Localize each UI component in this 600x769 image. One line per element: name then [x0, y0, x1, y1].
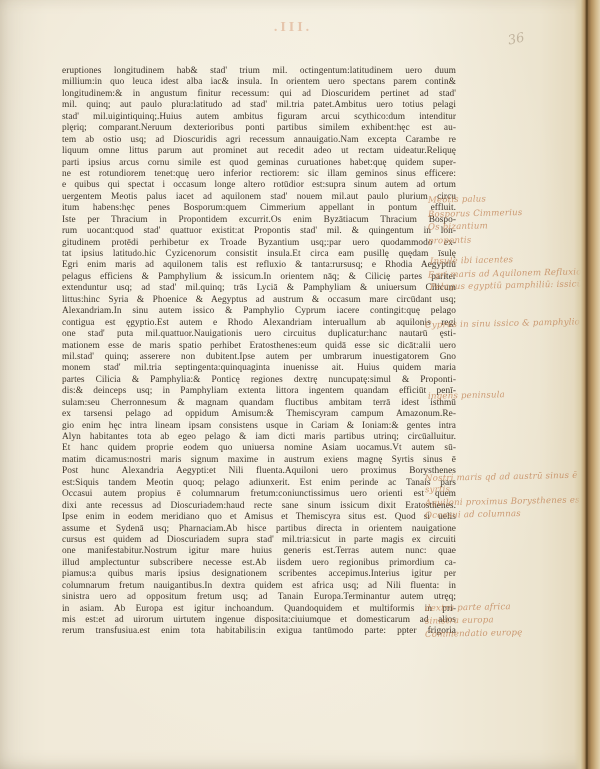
text-line: in asiam. Ab Europa est igitur inchoandu… — [62, 604, 456, 615]
text-line: Iste per Thracium in Propontidem excurri… — [62, 215, 456, 226]
text-line: longitudinem:& in angustum finitur reces… — [62, 89, 456, 100]
text-line: contigua est ęgyptio.Est autem e Rhodo A… — [62, 318, 456, 329]
text-line: Alyn habitantes tota ab egeo pelago & ia… — [62, 432, 456, 443]
text-line: rerum transfusiua.est enim tota habitabi… — [62, 626, 456, 637]
text-line: tem ab ostio usq; ad Dioscuridis agri re… — [62, 135, 456, 146]
text-line: mis est:et ad uirorum uirtutem ingenue d… — [62, 615, 456, 626]
text-line: mationem esse de maris spatio perhibet E… — [62, 341, 456, 352]
text-line: tat ipsius latitudo.hic Cyzicenorum cons… — [62, 249, 456, 260]
text-line: eruptiones longitudinem hab& stad' trium… — [62, 66, 456, 77]
text-line: one manifestabitur.Nostrum igitur mare h… — [62, 546, 456, 557]
text-line: columnarum fretum nauigantibus.In dextra… — [62, 581, 456, 592]
text-line: partes Cilicia & Pamphylia:& Ponticę reg… — [62, 375, 456, 386]
text-line: matim dicamus:nostri maris signum maxime… — [62, 455, 456, 466]
folio-number-stamp: .III. — [0, 20, 586, 36]
text-line: sinistra uero ad oppositum fretum usq; a… — [62, 592, 456, 603]
text-line: ex tarsensi pelago ad oppidum Amisum:& T… — [62, 409, 456, 420]
text-line: gio enim hęc intra lineam ipsam consiste… — [62, 421, 456, 432]
text-block: eruptiones longitudinem hab& stad' trium… — [62, 66, 456, 638]
text-line: dixi ante recessus ad Dioscuriadem:haud … — [62, 501, 456, 512]
text-line: Occasui autem propius ē columnarum fretu… — [62, 489, 456, 500]
text-line: Post hunc Alexandria Aegypti:et Nili flu… — [62, 466, 456, 477]
text-line: Et hanc quidem proprie eodem quo uniuers… — [62, 443, 456, 454]
text-line: parti ipsius arcus cornu simile est quod… — [62, 158, 456, 169]
text-line: mil.stad' quinq; asserere non dubitent.I… — [62, 352, 456, 363]
text-line: extenduntur usq; ad stad' mil.quinq; trā… — [62, 283, 456, 294]
text-line: mil. quinq; aut paulo plura:latitudo ad … — [62, 100, 456, 111]
text-line: dis:& deinceps usq; in Pamphyliam extent… — [62, 386, 456, 397]
text-line: cursus est quidem ad Dioscuriadem supra … — [62, 535, 456, 546]
text-line: Egri enim maris ad aquilonem talis est r… — [62, 260, 456, 271]
text-line: Alexandriam.In sinu autem issico & Pamph… — [62, 306, 456, 317]
text-line: liquum omne littus parum aut prominet au… — [62, 146, 456, 157]
text-line: assume et Sydenā usq; Pharnaciam.Ab hisc… — [62, 524, 456, 535]
text-line: itum habens:hęc penes Bosporum:quem Cimm… — [62, 203, 456, 214]
book-page-photo: .III. 36 eruptiones longitudinem hab& st… — [0, 0, 600, 769]
text-line: e quibus qui spectat i occasum longe alt… — [62, 180, 456, 191]
text-line: sulam:seu Cherronnesum & magnam quandam … — [62, 398, 456, 409]
text-line: monem stad' mil.tria septingenta:quinqua… — [62, 363, 456, 374]
text-line: pelagus efficiens & Pamphylium & issicum… — [62, 272, 456, 283]
page-edge-shadow-line — [586, 0, 588, 769]
text-line: stad' mil.uigintiquinq;.Huius autem ambi… — [62, 112, 456, 123]
text-line: littus:hinc Syria & Phoenice & Aegyptus … — [62, 295, 456, 306]
text-line: gitudinem protēdi perhibetur ex Troade B… — [62, 238, 456, 249]
text-line: plęriq; comparant.Neruum dexterioribus p… — [62, 123, 456, 134]
text-line: one stad' puta mil.quattuor.Nauigationis… — [62, 329, 456, 340]
text-line: millium:in quo leuca idest alba iac& ins… — [62, 77, 456, 88]
text-line: uergentem Meotis palus iacet ad aquilone… — [62, 192, 456, 203]
text-line: rum uocant:quod stad' quattuor existit:a… — [62, 226, 456, 237]
text-line: ne est rotundiorem tenet:quę uero inferi… — [62, 169, 456, 180]
text-line: Ipse enim in eodem meridiano quo et Amis… — [62, 512, 456, 523]
text-line: illud amplectuntur subscribere necesse e… — [62, 558, 456, 569]
text-line: est:Siquis tandem Meotin quoq; pelago ad… — [62, 478, 456, 489]
text-line: piamus:a quibus maris ipsius designation… — [62, 569, 456, 580]
